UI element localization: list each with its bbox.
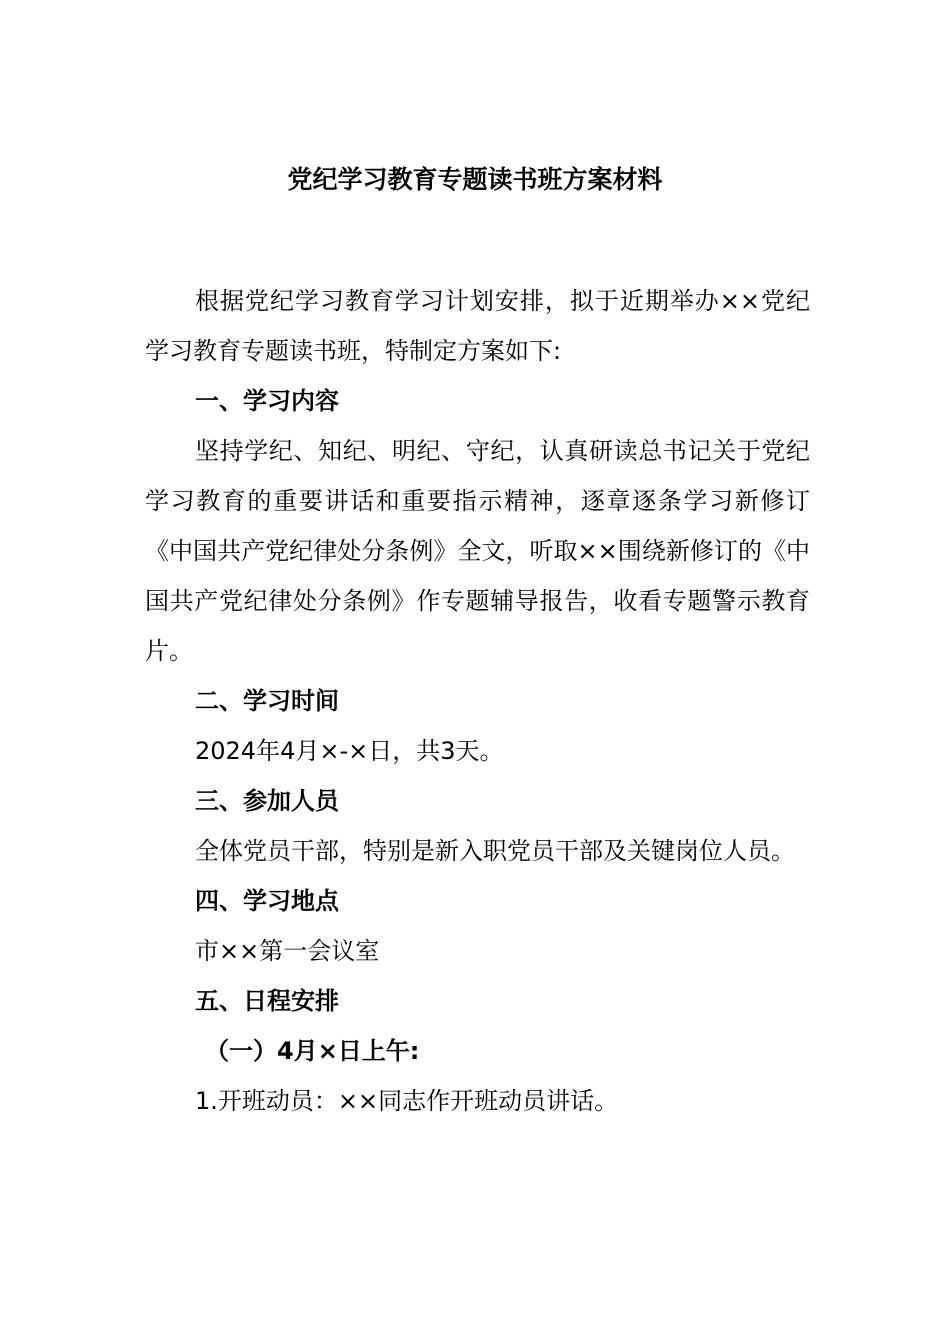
document-body: 根据党纪学习教育学习计划安排，拟于近期举办××党纪学习教育专题读书班，特制定方案… bbox=[145, 276, 810, 1126]
section-time-paragraph: 2024年4月×-×日，共3天。 bbox=[145, 726, 810, 776]
section-heading-schedule: 五、日程安排 bbox=[145, 976, 810, 1026]
section-location-paragraph: 市××第一会议室 bbox=[145, 926, 810, 976]
section-heading-participants: 三、参加人员 bbox=[145, 776, 810, 826]
section-heading-content: 一、学习内容 bbox=[145, 376, 810, 426]
document-page: 党纪学习教育专题读书班方案材料 根据党纪学习教育学习计划安排，拟于近期举办××党… bbox=[0, 0, 950, 1344]
intro-paragraph: 根据党纪学习教育学习计划安排，拟于近期举办××党纪学习教育专题读书班，特制定方案… bbox=[145, 276, 810, 376]
section-heading-time: 二、学习时间 bbox=[145, 676, 810, 726]
section-content-paragraph: 坚持学纪、知纪、明纪、守纪，认真研读总书记关于党纪学习教育的重要讲话和重要指示精… bbox=[145, 426, 810, 676]
section-heading-location: 四、学习地点 bbox=[145, 876, 810, 926]
section-participants-paragraph: 全体党员干部，特别是新入职党员干部及关键岗位人员。 bbox=[145, 826, 810, 876]
document-title: 党纪学习教育专题读书班方案材料 bbox=[0, 160, 950, 200]
schedule-subheading: （一）4月×日上午: bbox=[145, 1026, 810, 1076]
schedule-item: 1.开班动员：××同志作开班动员讲话。 bbox=[145, 1076, 810, 1126]
